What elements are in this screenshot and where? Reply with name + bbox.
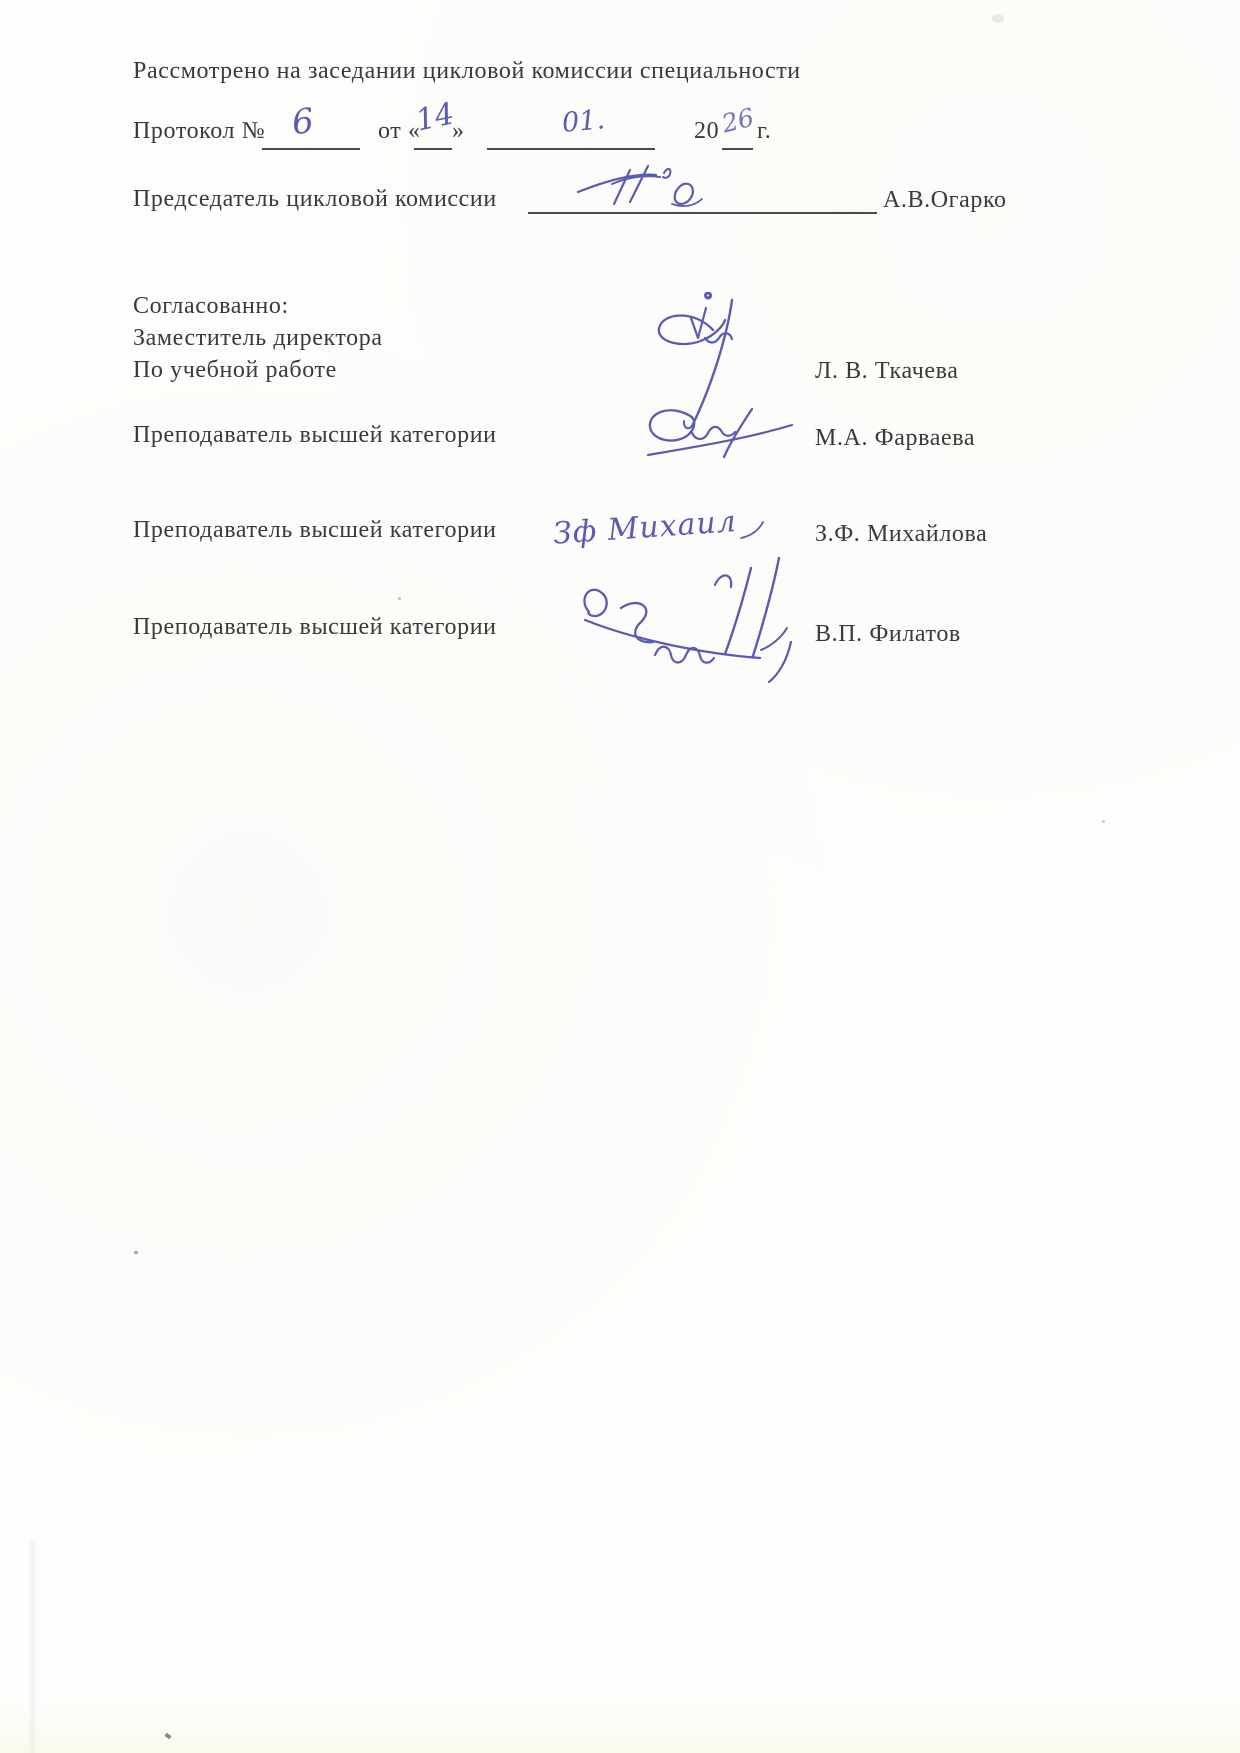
teacher-1-name: М.А. Фарваева [815, 424, 975, 453]
mikhailova-signature: Зф Михаил [545, 498, 785, 556]
protocol-year-prefix: 20 [694, 117, 719, 146]
ogarko-signature [568, 160, 708, 212]
teacher-3-label: Преподаватель высшей категории [133, 613, 497, 642]
agreed-role-line2: По учебной работе [133, 356, 337, 385]
agreed-name: Л. В. Ткачева [815, 357, 959, 386]
chairman-label: Председатель цикловой комиссии [133, 185, 497, 214]
protocol-quote-close: » [452, 117, 465, 146]
scanned-document-page: Рассмотрено на заседании цикловой комисс… [0, 0, 1240, 1753]
scan-smudge [992, 14, 1004, 23]
scan-speck [398, 597, 401, 600]
teacher-1-label: Преподаватель высшей категории [133, 421, 497, 450]
farvaeva-signature [640, 403, 800, 461]
protocol-label: Протокол № [133, 117, 265, 146]
scan-speck [134, 1251, 138, 1254]
agreed-title: Согласованно: [133, 292, 289, 321]
teacher-2-name: З.Ф. Михайлова [815, 520, 987, 549]
scan-speck [1102, 820, 1105, 823]
scan-edge-line [30, 1540, 35, 1753]
agreed-role-line1: Заместитель директора [133, 324, 383, 353]
scan-speck [164, 1733, 171, 1740]
teacher-3-name: В.П. Филатов [815, 620, 961, 649]
protocol-number-handwritten: 6 [290, 101, 316, 143]
filatov-signature [555, 550, 830, 685]
reviewed-line: Рассмотрено на заседании цикловой комисс… [133, 57, 801, 86]
protocol-year-suffix: г. [757, 117, 771, 146]
protocol-month-handwritten: 01. [561, 104, 606, 139]
chairman-name: А.В.Огарко [883, 186, 1007, 215]
mikhailova-signature-text: Зф Михаил [552, 504, 738, 552]
teacher-2-label: Преподаватель высшей категории [133, 516, 497, 545]
